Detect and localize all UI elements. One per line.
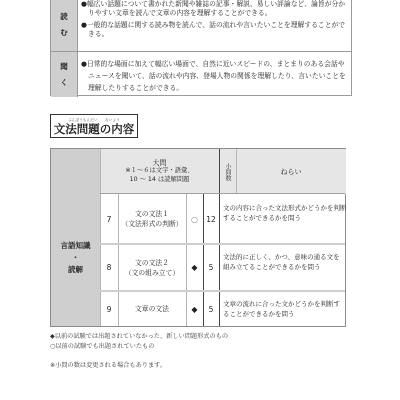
list-item: ●日常的な場面に加えて幅広い場面で、自然に近いスピードの、まとまりのある会話やニ… bbox=[81, 58, 347, 94]
question-count: 5 bbox=[203, 291, 219, 327]
divider bbox=[100, 243, 345, 245]
note-old-format: ○以前の試験でも出題されていたもの bbox=[50, 343, 154, 351]
question-number: 7 bbox=[100, 194, 118, 244]
skill-label-listening: 聞 く bbox=[51, 52, 78, 97]
question-name: 文の文法２ （文の組み立て） bbox=[118, 244, 186, 291]
grammar-question-table: 言語知識 ・ 読解 大問 ※１～６は文字・語彙、 10 ～ 14 は読解問題 小… bbox=[50, 148, 346, 327]
skill-label-reading: 読 む bbox=[51, 0, 78, 51]
header-aim: ねらい bbox=[236, 149, 346, 194]
category-cell: 言語知識 ・ 読解 bbox=[51, 149, 100, 326]
question-count: 12 bbox=[203, 194, 219, 244]
divider bbox=[203, 194, 204, 326]
question-aim: 文の内容に合った文法形式かどうかを判断することができるかを問う bbox=[220, 194, 347, 244]
note-new-format: ◆以前の試験では出題されていなかった、新しい問題形式のもの bbox=[50, 333, 228, 341]
question-name: 文の文法１ （文法形式の判断） bbox=[118, 194, 186, 244]
skill-description-reading: ●幅広い話題について書かれた新聞や雑誌の記事・解説、易しい評論など、論旨が分かり… bbox=[81, 0, 347, 39]
divider bbox=[236, 149, 237, 194]
divider bbox=[219, 149, 220, 326]
old-format-icon: ○ bbox=[186, 194, 203, 244]
question-number: 9 bbox=[100, 291, 118, 327]
divider bbox=[100, 193, 345, 194]
note-count-change: ※小問の数は変更される場合もあります。 bbox=[50, 362, 166, 370]
new-format-icon: ◆ bbox=[186, 244, 203, 291]
header-count: 小問数 bbox=[219, 149, 236, 194]
section-title: ぶんぽうもんだい ないよう 文法問題の内容 bbox=[50, 114, 138, 138]
list-item: ●一般的な話題に関する読み物を読んで、話の流れや言いたいことを理解することができ… bbox=[81, 21, 347, 39]
divider bbox=[118, 194, 119, 326]
new-format-icon: ◆ bbox=[186, 291, 203, 327]
divider bbox=[100, 290, 345, 292]
skills-row-listening: 聞 く ●日常的な場面に加えて幅広い場面で、自然に近いスピードの、まとまりのある… bbox=[51, 52, 351, 97]
divider bbox=[100, 149, 101, 326]
divider bbox=[186, 194, 187, 326]
skill-description-listening: ●日常的な場面に加えて幅広い場面で、自然に近いスピードの、まとまりのある会話やニ… bbox=[81, 58, 347, 94]
list-item: ●幅広い話題について書かれた新聞や雑誌の記事・解説、易しい評論など、論旨が分かり… bbox=[81, 0, 347, 18]
question-name: 文章の文法 bbox=[118, 291, 186, 327]
question-number: 8 bbox=[100, 244, 118, 291]
header-major-question: 大問 ※１～６は文字・語彙、 10 ～ 14 は読解問題 bbox=[100, 149, 219, 194]
question-aim: 文法的に正しく、かつ、意味の通る文を組み立てることができるかを問う bbox=[220, 244, 346, 291]
skills-table: 読 む ●幅広い話題について書かれた新聞や雑誌の記事・解説、易しい評論など、論旨… bbox=[50, 0, 352, 96]
question-count: 5 bbox=[203, 244, 219, 291]
question-aim: 文章の流れに合った文かどうかを判断することができるかを問う bbox=[220, 291, 346, 327]
skills-row-reading: 読 む ●幅広い話題について書かれた新聞や雑誌の記事・解説、易しい評論など、論旨… bbox=[51, 0, 351, 52]
